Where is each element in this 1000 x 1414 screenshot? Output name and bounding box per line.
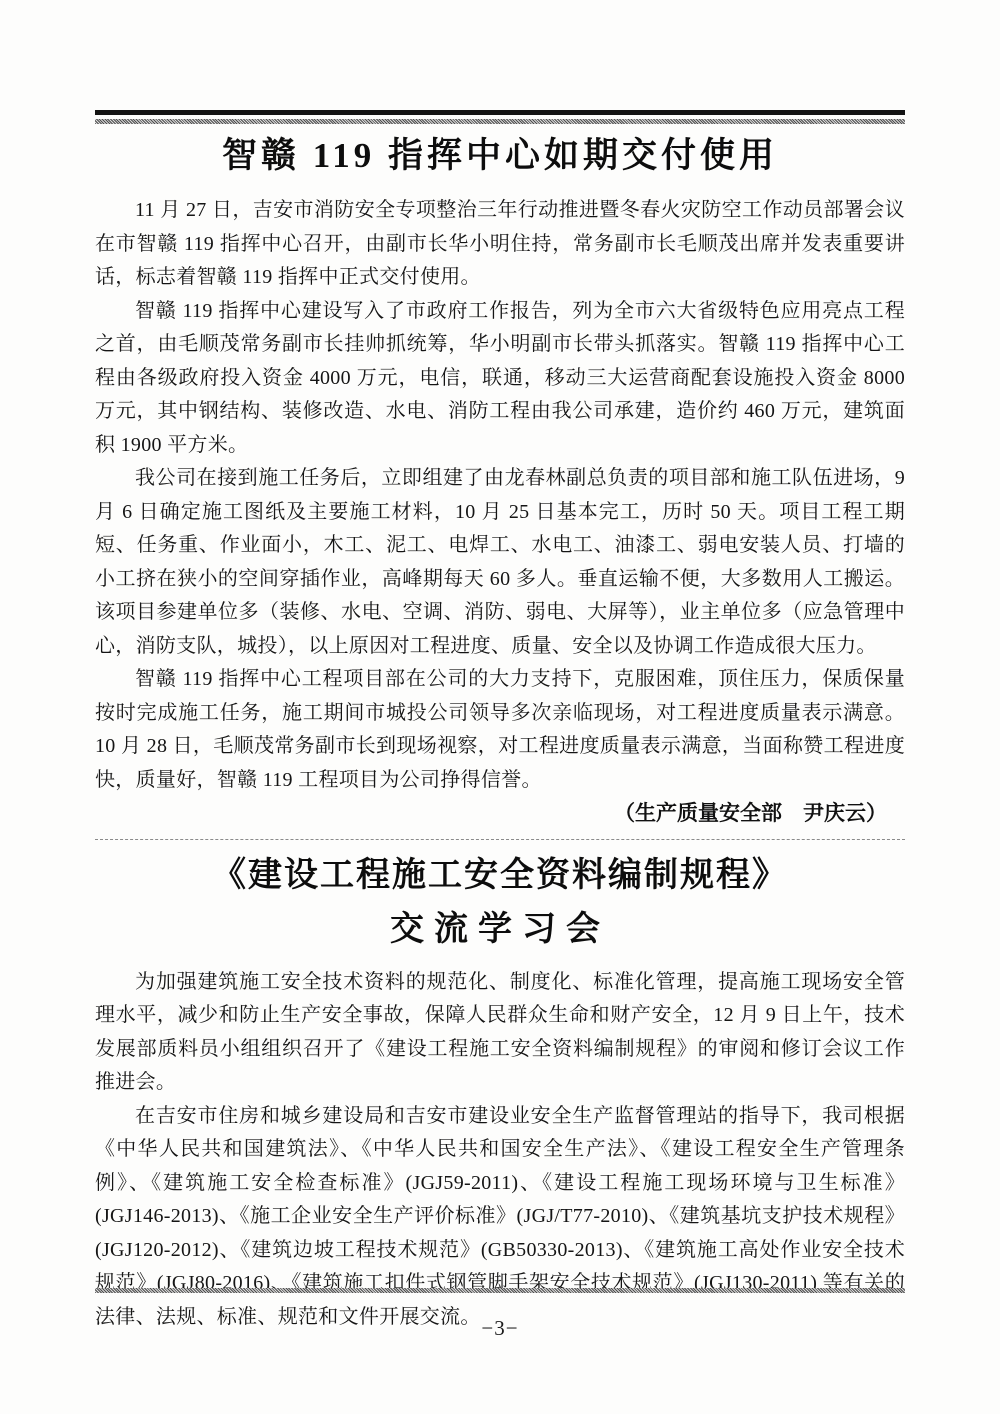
section-divider [95, 839, 905, 840]
article-1: 智赣 119 指挥中心如期交付使用 11 月 27 日，吉安市消防安全专项整治三… [95, 134, 905, 831]
article-paragraph: 在吉安市住房和城乡建设局和吉安市建设业安全生产监督管理站的指导下，我司根据《中华… [95, 1100, 905, 1335]
page-number: −3− [0, 1316, 1000, 1341]
article-paragraph: 智赣 119 指挥中心工程项目部在公司的大力支持下，克服困难，顶住压力，保质保量… [95, 663, 905, 797]
article-2: 《建设工程施工安全资料编制规程》 交流学习会 为加强建筑施工安全技术资料的规范化… [95, 848, 905, 1335]
article-paragraph: 为加强建筑施工安全技术资料的规范化、制度化、标准化管理，提高施工现场安全管理水平… [95, 966, 905, 1100]
article-paragraph: 11 月 27 日，吉安市消防安全专项整治三年行动推进暨冬春火灾防空工作动员部署… [95, 194, 905, 295]
article-2-title-line1: 《建设工程施工安全资料编制规程》 [95, 848, 905, 904]
article-paragraph: 我公司在接到施工任务后，立即组建了由龙春林副总负责的项目部和施工队伍进场，9 月… [95, 462, 905, 663]
article-2-body: 为加强建筑施工安全技术资料的规范化、制度化、标准化管理，提高施工现场安全管理水平… [95, 966, 905, 1335]
document-page: 智赣 119 指挥中心如期交付使用 11 月 27 日，吉安市消防安全专项整治三… [0, 0, 1000, 1414]
article-2-title-line2: 交流学习会 [95, 904, 905, 956]
article-1-title: 智赣 119 指挥中心如期交付使用 [95, 134, 905, 178]
bottom-rule-hatch [95, 1288, 905, 1293]
page-content: 智赣 119 指挥中心如期交付使用 11 月 27 日，吉安市消防安全专项整治三… [95, 110, 905, 1334]
article-paragraph: 智赣 119 指挥中心建设写入了市政府工作报告，列为全市六大省级特色应用亮点工程… [95, 295, 905, 463]
header-rules [95, 110, 905, 124]
article-1-byline: （生产质量安全部 尹庆云） [95, 797, 905, 831]
top-rule-hatch [95, 119, 905, 124]
top-rule-solid [95, 110, 905, 115]
article-2-title: 《建设工程施工安全资料编制规程》 交流学习会 [95, 848, 905, 956]
article-1-body: 11 月 27 日，吉安市消防安全专项整治三年行动推进暨冬春火灾防空工作动员部署… [95, 194, 905, 797]
